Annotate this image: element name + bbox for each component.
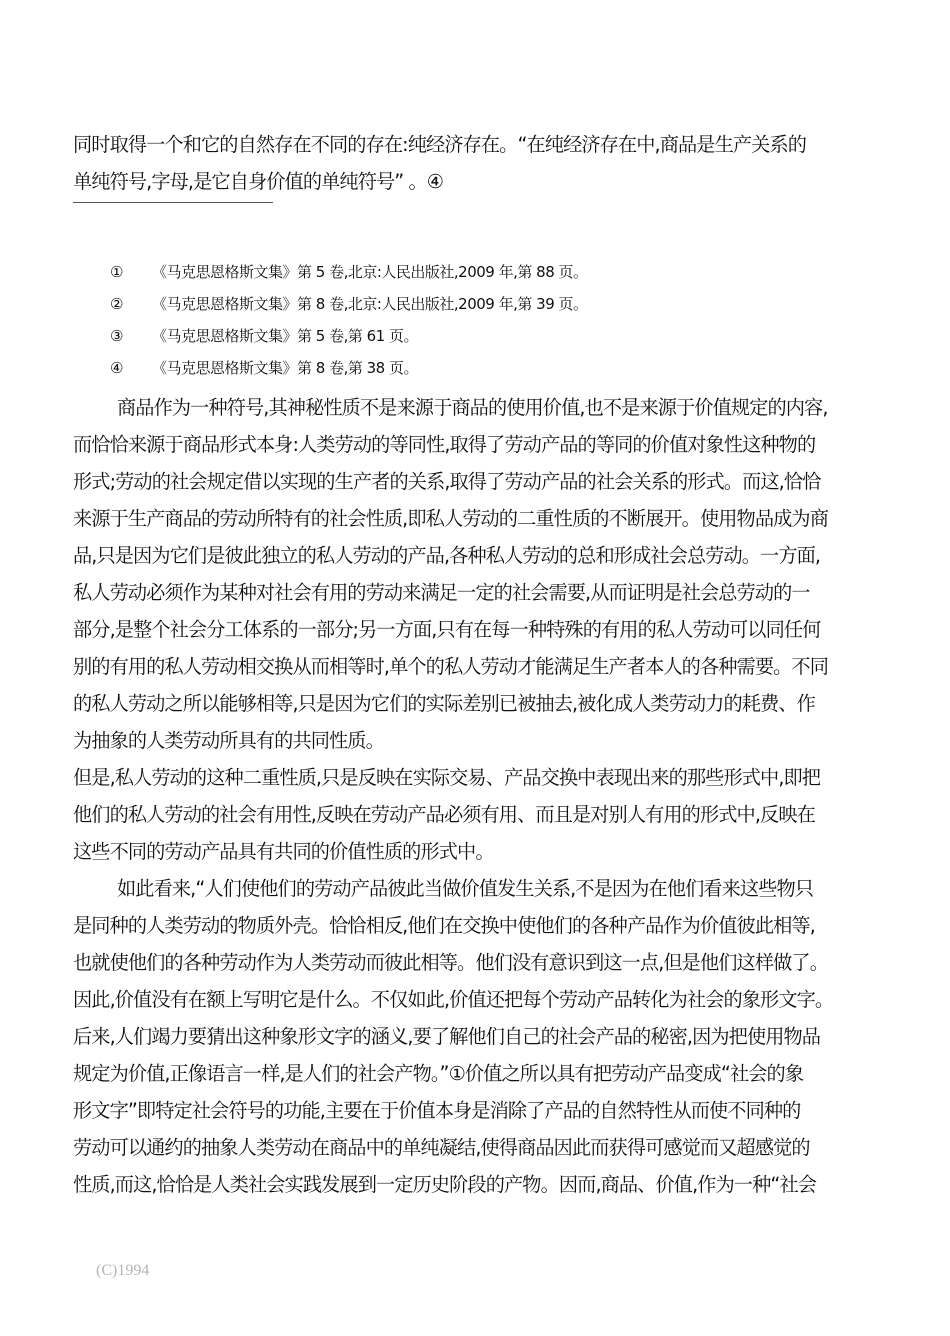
copyright-watermark: (C)1994 xyxy=(96,1262,149,1280)
text-line: 是同种的人类劳动的物质外壳。恰恰相反,他们在交换中使他们的各种产品作为价值彼此相… xyxy=(73,914,815,938)
text-line: 后来,人们竭力要猜出这种象形文字的涵义,要了解他们自己的社会产品的秘密,因为把使… xyxy=(73,1025,820,1049)
text-line: 品,只是因为它们是彼此独立的私人劳动的产品,各种私人劳动的总和形成社会总劳动。一… xyxy=(73,544,820,568)
footnote-text: 《马克思恩格斯文集》第 5 卷,北京:人民出版社,2009 年,第 88 页。 xyxy=(152,263,588,281)
text-line: 性质,而这,恰恰是人类社会实践发展到一定历史阶段的产物。因而,商品、价值,作为一… xyxy=(73,1173,816,1197)
text-line: 同时取得一个和它的自然存在不同的存在:纯经济存在。“在纯经济存在中,商品是生产关… xyxy=(73,133,806,157)
footnote-marker: ③ xyxy=(110,326,152,346)
text-line: 形文字”即特定社会符号的功能,主要在于价值本身是消除了产品的自然特性从而使不同种… xyxy=(73,1099,800,1123)
text-line: 劳动可以通约的抽象人类劳动在商品中的单纯凝结,使得商品因此而获得可感觉而又超感觉… xyxy=(73,1136,810,1160)
text-line: 单纯符号,字母,是它自身价值的单纯符号” 。④ xyxy=(73,170,443,194)
footnote-marker: ① xyxy=(110,262,152,282)
footnote-marker: ② xyxy=(110,294,152,314)
text-line: 他们的私人劳动的社会有用性,反映在劳动产品必须有用、而且是对别人有用的形式中,反… xyxy=(73,803,815,827)
footnote-marker: ④ xyxy=(110,358,152,378)
footnote-item: ②《马克思恩格斯文集》第 8 卷,北京:人民出版社,2009 年,第 39 页。 xyxy=(110,294,588,314)
text-line: 但是,私人劳动的这种二重性质,只是反映在实际交易、产品交换中表现出来的那些形式中… xyxy=(73,766,820,790)
footnote-text: 《马克思恩格斯文集》第 8 卷,第 38 页。 xyxy=(152,359,418,377)
text-line: 的私人劳动之所以能够相等,只是因为它们的实际差别已被抽去,被化成人类劳动力的耗费… xyxy=(73,692,815,716)
footnote-item: ④《马克思恩格斯文集》第 8 卷,第 38 页。 xyxy=(110,358,418,378)
text-line: 也就使他们的各种劳动作为人类劳动而彼此相等。他们没有意识到这一点,但是他们这样做… xyxy=(73,951,828,975)
footnote-item: ③《马克思恩格斯文集》第 5 卷,第 61 页。 xyxy=(110,326,418,346)
document-page: 同时取得一个和它的自然存在不同的存在:纯经济存在。“在纯经济存在中,商品是生产关… xyxy=(0,0,950,1336)
text-line: 部分,是整个社会分工体系的一部分;另一方面,只有在每一种特殊的有用的私人劳动可以… xyxy=(73,618,820,642)
text-line: 来源于生产商品的劳动所特有的社会性质,即私人劳动的二重性质的不断展开。使用物品成… xyxy=(73,507,828,531)
text-line: 商品作为一种符号,其神秘性质不是来源于商品的使用价值,也不是来源于价值规定的内容… xyxy=(117,396,828,420)
text-line: 私人劳动必须作为某种对社会有用的劳动来满足一定的社会需要,从而证明是社会总劳动的… xyxy=(73,581,810,605)
text-line: 为抽象的人类劳动所具有的共同性质。 xyxy=(73,729,384,753)
footnote-item: ①《马克思恩格斯文集》第 5 卷,北京:人民出版社,2009 年,第 88 页。 xyxy=(110,262,588,282)
text-line: 这些不同的劳动产品具有共同的价值性质的形式中。 xyxy=(73,840,494,864)
text-line: 别的有用的私人劳动相交换从而相等时,单个的私人劳动才能满足生产者本人的各种需要。… xyxy=(73,655,828,679)
text-line: 而恰恰来源于商品形式本身:人类劳动的等同性,取得了劳动产品的等同的价值对象性这种… xyxy=(73,433,815,457)
footnote-divider xyxy=(73,202,273,203)
footnote-text: 《马克思恩格斯文集》第 8 卷,北京:人民出版社,2009 年,第 39 页。 xyxy=(152,295,588,313)
text-line: 形式;劳动的社会规定借以实现的生产者的关系,取得了劳动产品的社会关系的形式。而这… xyxy=(73,470,820,494)
text-line: 如此看来,“人们使他们的劳动产品彼此当做价值发生关系,不是因为在他们看来这些物只 xyxy=(117,877,813,901)
footnote-text: 《马克思恩格斯文集》第 5 卷,第 61 页。 xyxy=(152,327,418,345)
text-line: 规定为价值,正像语言一样,是人们的社会产物。”①价值之所以具有把劳动产品变成“社… xyxy=(73,1062,803,1086)
text-line: 因此,价值没有在额上写明它是什么。不仅如此,价值还把每个劳动产品转化为社会的象形… xyxy=(73,988,833,1012)
